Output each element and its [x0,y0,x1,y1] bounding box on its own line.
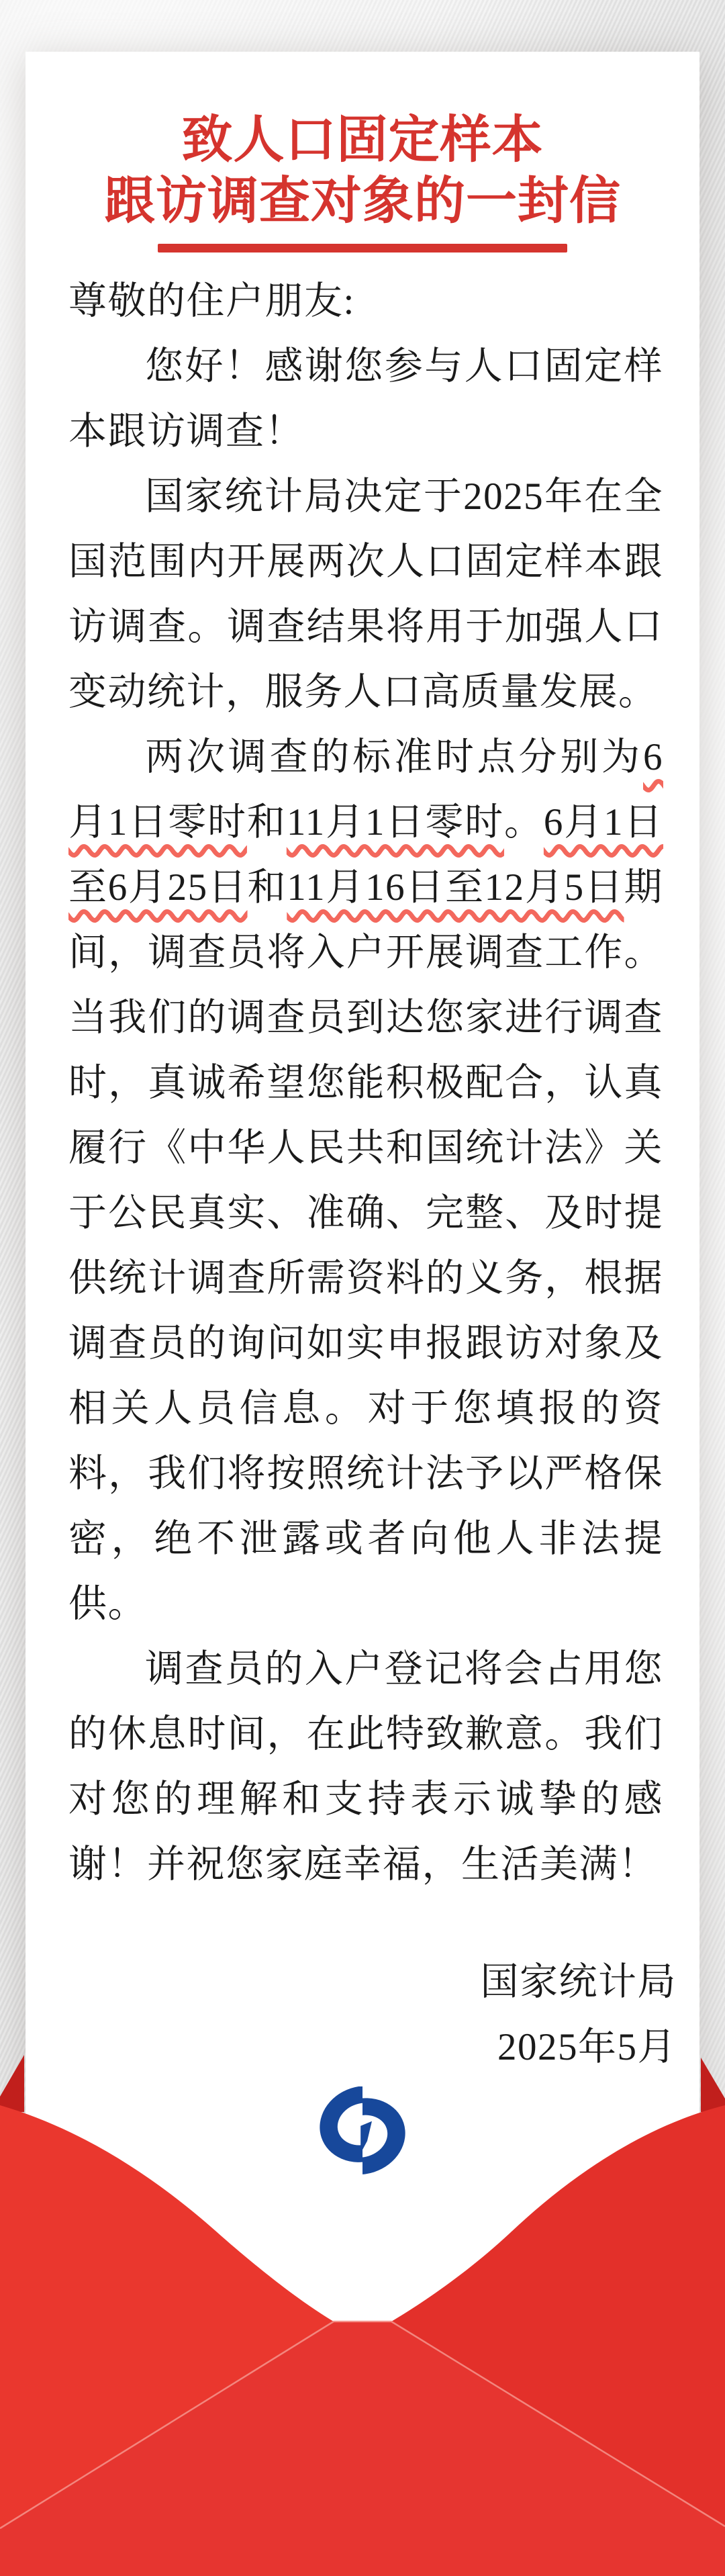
envelope-back-right-corner [701,2058,725,2112]
envelope-illustration [0,2041,725,2576]
underlined-date-2: 11月1日零时 [287,801,504,843]
schedule-text: 和 [247,801,287,843]
schedule-text: 两次调查的标准时点分别为 [145,736,643,778]
paragraph-schedule-and-law: 两次调查的标准时点分别为6月1日零时和11月1日零时。6月1日至6月25日和11… [68,725,663,1637]
letter-paper: 致人口固定样本 跟访调查对象的一封信 尊敬的住户朋友: 您好！感谢您参与人口固定… [26,52,699,2321]
envelope-back-left-corner [0,2055,24,2112]
title-underline-rule [158,244,567,252]
paragraph-greeting: 您好！感谢您参与人口固定样本跟访调查！ [68,334,663,464]
salutation: 尊敬的住户朋友: [68,269,663,334]
schedule-text: 。 [504,801,544,843]
signature-org: 国家统计局 [26,1949,677,2015]
letter-body: 尊敬的住户朋友: 您好！感谢您参与人口固定样本跟访调查！ 国家统计局决定于202… [26,269,699,1897]
schedule-text: 和 [248,866,287,909]
paragraph-apology-thanks: 调查员的入户登记将会占用您的休息时间，在此特致歉意。我们对您的理解和支持表示诚挚… [68,1637,663,1897]
title-line-2: 跟访调查对象的一封信 [26,171,699,232]
paragraph-survey-overview: 国家统计局决定于2025年在全国范围内开展两次人口固定样本跟访调查。调查结果将用… [68,464,663,725]
underlined-date-4: 11月16日至12月5日 [287,866,624,909]
title-line-1: 致人口固定样本 [26,109,699,171]
page-background: 致人口固定样本 跟访调查对象的一封信 尊敬的住户朋友: 您好！感谢您参与人口固定… [0,0,725,2576]
schedule-text: 期间，调查员将入户开展调查工作。当我们的调查员到达您家进行调查时，真诚希望您能积… [68,866,663,1625]
letter-title: 致人口固定样本 跟访调查对象的一封信 [26,52,699,232]
